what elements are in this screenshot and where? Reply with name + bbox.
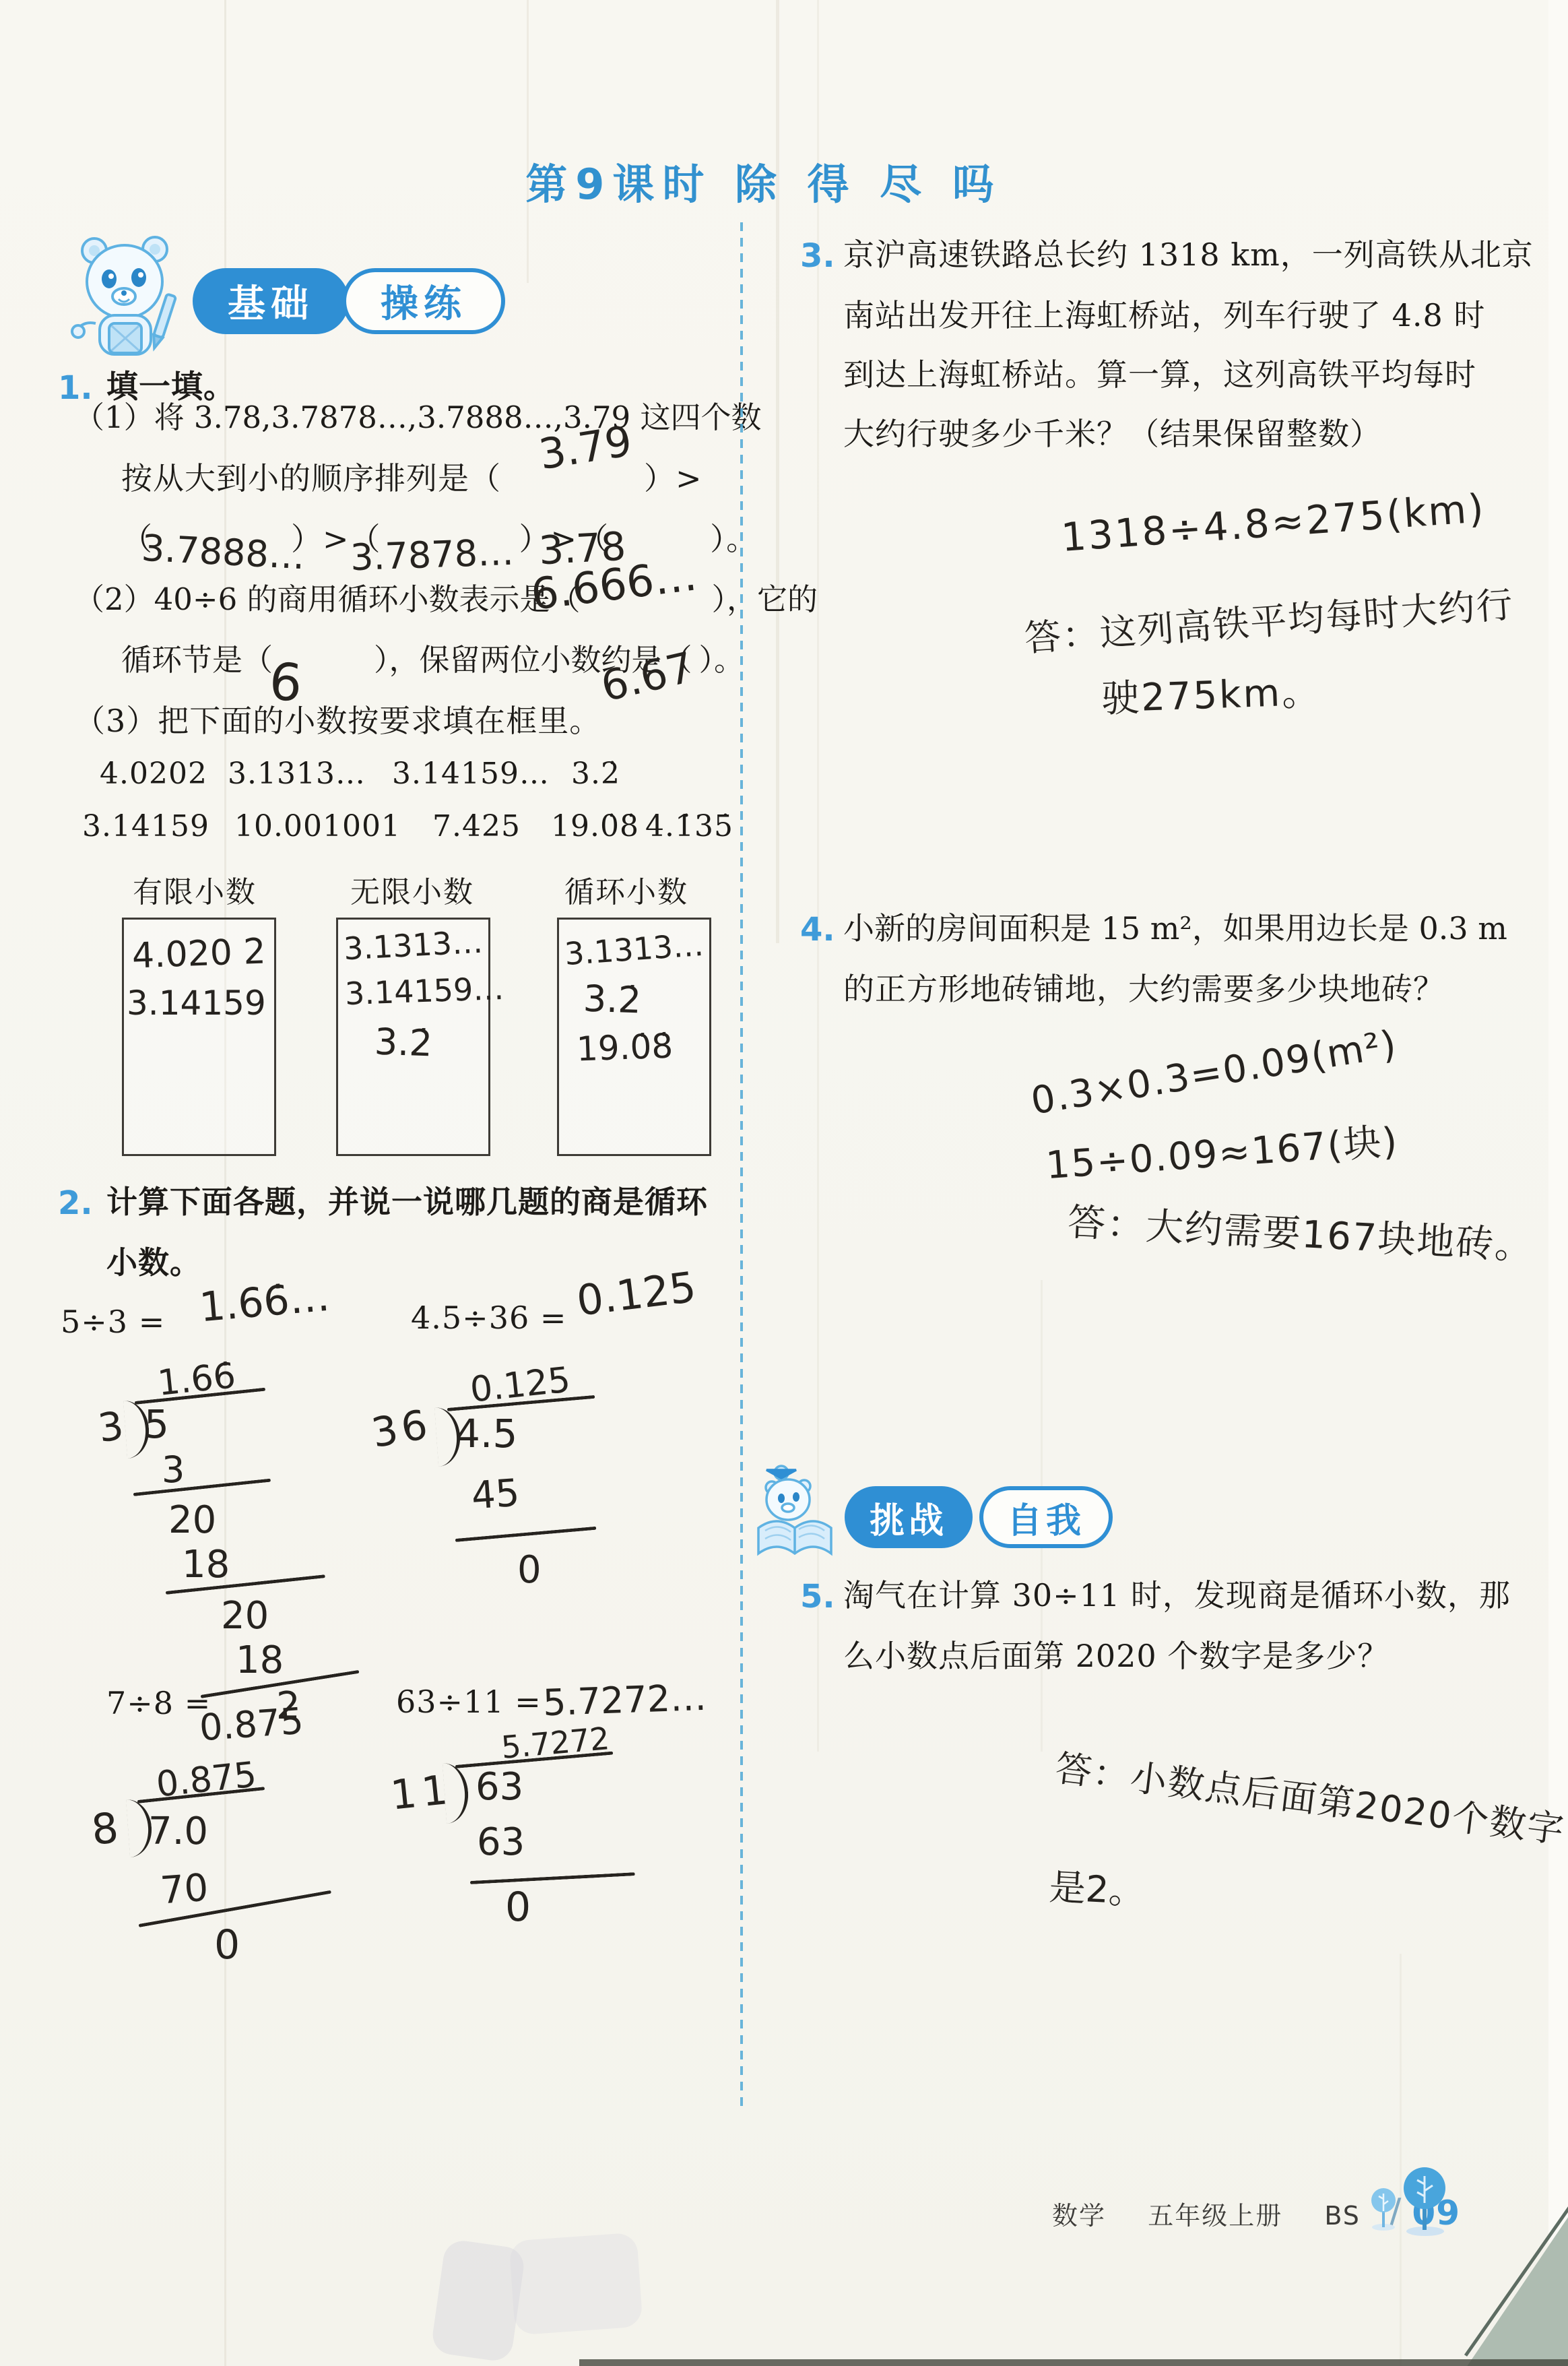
q4-work-line2: 15÷0.09≈167(块) [1044,1112,1400,1190]
q5-answer-line2: 是2。 [1048,1858,1146,1915]
repeating-box-entry: 19.0̇8̇ [576,1027,674,1069]
ld1-step: 3 [162,1448,185,1491]
ld3-divisor: 8 [89,1803,121,1855]
finite-box-entry: 3.14159 [127,984,266,1023]
q1-part2-line1: （2）40÷6 的商用循环小数表示是（），它的 [74,582,818,617]
q2-eq3: 7÷8 = [106,1686,211,1721]
bear-pencil-icon [67,229,189,364]
q1-numbers-row2-item4: 19.0̇8̇ [551,810,639,844]
box-label-finite: 有限小数 [133,868,257,911]
column-divider [740,222,743,2112]
box-label-infinite: 无限小数 [350,868,474,911]
ld1-step: 18 [236,1638,284,1682]
badge-basic-left: 基础 [193,268,349,334]
footer-grade: 五年级上册 [1148,2201,1282,2231]
box-label-repeating: 循环小数 [564,868,688,911]
ld1-step: 20 [168,1498,216,1542]
q2-eq4: 63÷11 = [396,1684,542,1720]
ld2-divisor: 36 [368,1401,435,1457]
badge-basic-right: 操练 [342,268,505,334]
q4-answer: 答：大约需要167块地砖。 [1066,1192,1535,1271]
q2-eq1-answer: 1.66̇… [197,1273,331,1332]
q5-text-line: 么小数点后面第 2020 个数字是多少？ [843,1638,1389,1674]
q4-text-line: 的正方形地砖铺地，大约需要多少块地砖？ [843,971,1445,1007]
ld3-step: 0 [214,1921,240,1969]
badge-basic-left-label: 基础 [228,274,314,328]
infinite-box-entry: 3.1313… [343,924,484,967]
ld2-step: 0 [517,1548,542,1592]
scan-smudge [509,2233,643,2336]
q3-work: 1318÷4.8≈275(km) [1059,485,1487,561]
q4-work-line1: 0.3×0.3=0.09(m²) [1028,1022,1400,1123]
infinite-box-entry: 3.14159… [344,970,504,1012]
q1-numbers-row2-item5: 4.1̇35̇ [645,810,733,844]
ld3-dividend: 7.0 [148,1810,208,1853]
q3-text-line: 到达上海虹桥站。算一算，这列高铁平均每时 [843,357,1476,393]
badge-challenge-left-label: 挑战 [870,1492,948,1543]
badge-challenge-right: 自我 [979,1486,1113,1548]
footer-edition: BS [1324,2201,1361,2231]
ld1-step: 20 [221,1594,269,1638]
scan-streak [1400,1954,1402,2366]
ld2-step: 45 [470,1471,521,1518]
finite-box-entry: 4.020 2 [131,932,266,977]
ld4-line [470,1872,635,1884]
ld4-dividend: 63 [476,1765,523,1809]
q2-line1: 计算下面各题，并说一说哪几题的商是循环 [106,1184,708,1220]
q3-text-line: 京沪高速铁路总长约 1318 km，一列高铁从北京 [843,237,1534,273]
repeating-box-entry: 3.2̇ [583,978,642,1022]
q3-answer-line1: 答：这列高铁平均每时大约行 [1022,576,1515,662]
ld4-divisor: 11 [389,1766,455,1819]
scan-edge-bottom [579,2359,1568,2366]
q1-numbers-row2-item1: 3.14159 [82,810,209,844]
footer-subject: 数学 [1052,2201,1106,2231]
scan-streak [527,0,529,283]
q1-numbers-row2-item2: 10.001001 [234,810,401,844]
ld4-step: 0 [505,1884,531,1931]
q3-answer-line2: 驶275km。 [1101,662,1322,723]
badge-challenge-right-label: 自我 [1007,1492,1085,1543]
q4-text-line: 小新的房间面积是 15 m²，如果用边长是 0.3 m [843,911,1507,947]
q1-numbers-row1-item1: 4.0202 [100,757,207,792]
infinite-box-entry: 3.2̇ [374,1021,433,1065]
scan-streak [224,0,226,2366]
bear-book-icon [753,1461,841,1568]
q2-eq1: 5÷3 = [61,1304,165,1340]
q1-answer-2: 3.7888… [141,527,306,578]
q2-eq4-answer: 5.7272… [542,1676,707,1724]
q2-line2: 小数。 [106,1245,201,1281]
q2-eq2-answer: 0.125 [574,1262,698,1325]
trees-icon [1359,2161,1460,2239]
ld3-step: 70 [159,1866,210,1913]
scan-streak [776,0,779,943]
ld2-line [455,1527,597,1542]
ld2-dividend: 4.5 [455,1411,517,1457]
q1-numbers-row1-item2: 3.1313… [228,757,366,792]
badge-basic-right-label: 操练 [381,274,467,328]
q2-eq2: 4.5÷36 = [411,1300,566,1336]
page-title: 第9课时 除 得 尽 吗 [0,151,1528,211]
q5-number: 5. [800,1578,835,1616]
q4-number: 4. [800,911,835,949]
ld1-dividend: 5 [144,1401,169,1447]
ld4-step: 63 [477,1820,525,1864]
q1-answer-3: 3.7878… [350,531,515,579]
q3-text-line: 大约行驶多少千米？（结果保留整数） [843,416,1381,452]
q1-numbers-row1-item3: 3.14159… [392,757,550,792]
workbook-page: 第9课时 除 得 尽 吗 基础 操练 [0,0,1568,2366]
scan-edge-right [1548,0,1568,2243]
q3-text-line: 南站出发开往上海虹桥站，列车行驶了 4.8 时 [843,298,1485,333]
ld1-step: 18 [182,1543,230,1587]
ld1-line [133,1479,271,1496]
q1-numbers-row1-item4: 3.2̇ [571,757,620,792]
q3-number: 3. [800,237,835,275]
q1-part1-line1: （1）将 3.78,3.7878…,3.7888…,3.79 这四个数 [74,400,761,435]
q2-number: 2. [58,1184,93,1222]
q1-numbers-row2-item3: 7.425 [432,810,521,844]
q2-eq3-answer: 0.875 [198,1700,305,1750]
ld1-divisor: 3 [95,1403,126,1451]
q1-part3: （3）把下面的小数按要求填在框里。 [74,703,601,739]
badge-challenge-left: 挑战 [845,1486,973,1548]
q5-text-line: 淘气在计算 30÷11 时，发现商是循环小数，那 [843,1578,1511,1613]
q5-answer-line1: 答：小数点后面第2020个数字 [1053,1739,1568,1853]
